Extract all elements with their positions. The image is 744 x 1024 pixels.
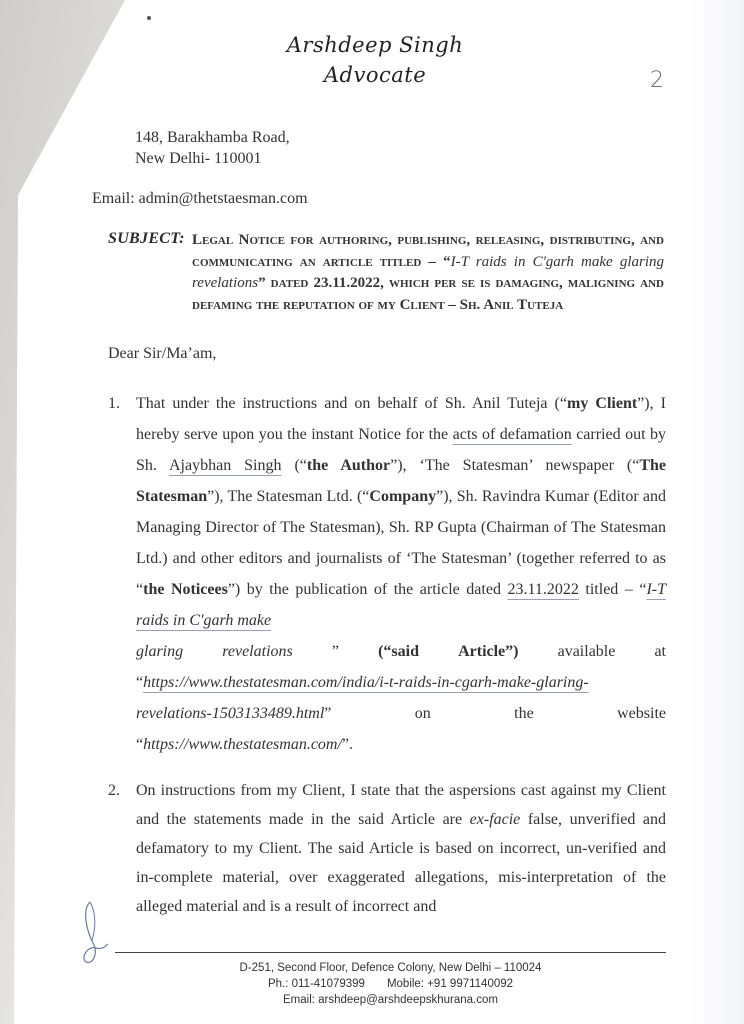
- ink-dot: [147, 16, 151, 20]
- footer-address: D-251, Second Floor, Defence Colony, New…: [115, 960, 666, 976]
- article-url: https://www.thestatesman.com/india/i-t-r…: [143, 674, 589, 691]
- footer-email: Email: arshdeep@arshdeepskhurana.com: [115, 992, 666, 1008]
- pen-underline: Ajaybhan Singh: [169, 457, 282, 474]
- footer: D-251, Second Floor, Defence Colony, New…: [115, 960, 666, 1008]
- paragraph-1: 1. That under the instructions and on be…: [108, 388, 666, 760]
- subject-label: SUBJECT:: [108, 230, 185, 248]
- recipient-address: 148, Barakhamba Road, New Delhi- 110001: [135, 127, 290, 169]
- website-url: https://www.thestatesman.com/: [143, 736, 342, 753]
- address-line-1: 148, Barakhamba Road,: [135, 127, 290, 148]
- address-line-2: New Delhi- 110001: [135, 148, 290, 169]
- pen-underline: 23.11.2022: [507, 581, 578, 598]
- advocate-name: Arshdeep Singh: [260, 30, 490, 60]
- signature-initial: [72, 900, 112, 970]
- paragraph-number: 2.: [108, 776, 120, 805]
- pen-underline: acts of defamation: [453, 426, 572, 443]
- footer-phone: Ph.: 011-41079399: [268, 978, 365, 990]
- document-page: Arshdeep Singh Advocate 2 148, Barakhamb…: [0, 0, 744, 1024]
- salutation: Dear Sir/Ma’am,: [108, 345, 216, 363]
- footer-divider: [115, 952, 666, 953]
- subject-text: Legal Notice for authoring, publishing, …: [192, 230, 664, 316]
- letterhead: Arshdeep Singh Advocate: [260, 30, 490, 90]
- paragraph-text: On instructions from my Client, I state …: [136, 776, 666, 921]
- footer-mobile: Mobile: +91 9971140092: [387, 978, 513, 990]
- paragraph-number: 1.: [108, 388, 120, 419]
- advocate-title: Advocate: [260, 60, 490, 90]
- paragraph-2: 2. On instructions from my Client, I sta…: [108, 776, 666, 921]
- recipient-email: Email: admin@thetstaesman.com: [92, 190, 308, 208]
- paragraph-text: That under the instructions and on behal…: [136, 388, 666, 760]
- page-number: 2: [650, 68, 664, 93]
